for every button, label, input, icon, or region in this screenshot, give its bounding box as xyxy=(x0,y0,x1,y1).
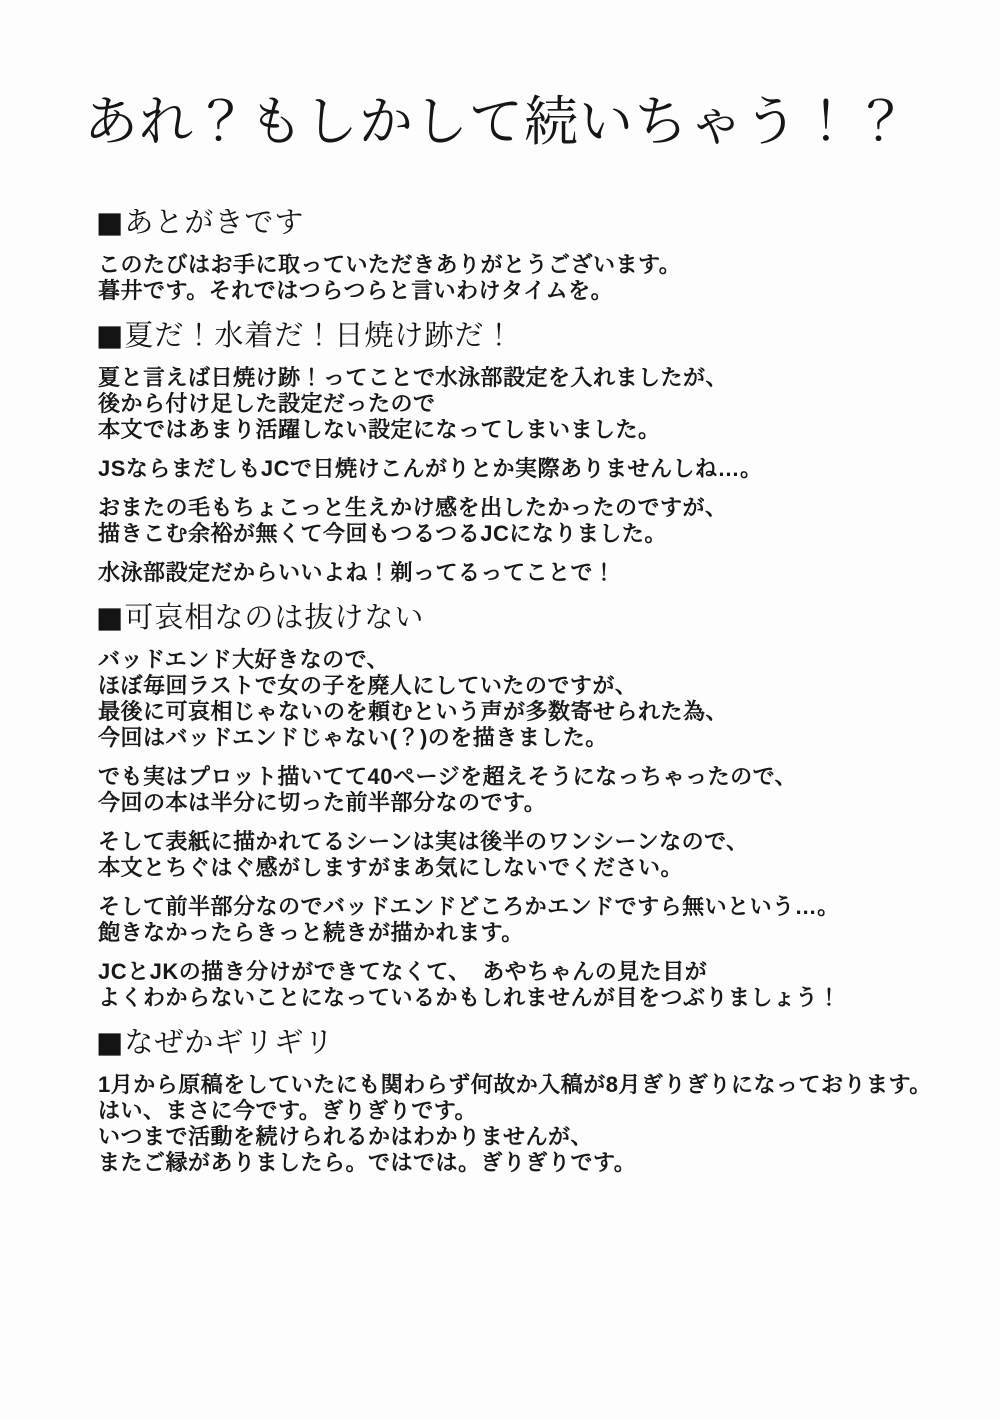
afterword-page: あれ？もしかして続いちゃう！？ ■あとがきです このたびはお手に取っていただきあ… xyxy=(0,0,1000,1418)
section-afterword-intro: ■あとがきです このたびはお手に取っていただきありがとうございます。 暮井です。… xyxy=(96,204,940,304)
paragraph-bad-end-love: バッドエンド大好きなので、 ほぼ毎回ラストで女の子を廃人にしていたのですが、 最… xyxy=(98,647,940,751)
paragraph-jc-jk-drawing: JCとJKの描き分けができてなくて、 あやちゃんの見た目が よくわからないことに… xyxy=(98,959,940,1011)
paragraph-plot-over-40-pages: でも実はプロット描いてて40ページを超えそうになっちゃったので、 今回の本は半分… xyxy=(98,764,940,816)
paragraph-swim-club-setting: 夏と言えば日焼け跡！ってことで水泳部設定を入れましたが、 後から付け足した設定だ… xyxy=(98,365,940,443)
paragraph-hair-detail: おまたの毛もちょこっと生えかけ感を出したかったのですが、 描きこむ余裕が無くて今… xyxy=(98,495,940,547)
paragraph-no-end-yet: そして前半部分なのでバッドエンドどころかエンドですら無いという…。 飽きなかった… xyxy=(98,894,940,946)
section-heading-summer: ■夏だ！水着だ！日焼け跡だ！ xyxy=(96,317,940,353)
section-pitiful-not-fappable: ■可哀相なのは抜けない バッドエンド大好きなので、 ほぼ毎回ラストで女の子を廃人… xyxy=(96,599,940,1011)
section-heading-deadline: ■なぜかギリギリ xyxy=(96,1024,940,1060)
section-deadline: ■なぜかギリギリ 1月から原稿をしていたにも関わらず何故か入稿が8月ぎりぎりにな… xyxy=(96,1024,940,1176)
paragraph-cover-scene-mismatch: そして表紙に描かれてるシーンは実は後半のワンシーンなので、 本文とちぐはぐ感がし… xyxy=(98,829,940,881)
paragraph-greeting: このたびはお手に取っていただきありがとうございます。 暮井です。それではつらつら… xyxy=(98,252,940,304)
paragraph-js-jc-tan: JSならまだしもJCで日焼けこんがりとか実際ありませんしね…。 xyxy=(98,456,940,482)
section-heading-pitiful: ■可哀相なのは抜けない xyxy=(96,599,940,635)
section-heading-afterword: ■あとがきです xyxy=(96,204,940,240)
page-title: あれ？もしかして続いちゃう！？ xyxy=(84,88,940,156)
paragraph-swim-club-excuse: 水泳部設定だからいいよね！剃ってるってことで！ xyxy=(98,560,940,586)
section-summer-swimsuit-tanlines: ■夏だ！水着だ！日焼け跡だ！ 夏と言えば日焼け跡！ってことで水泳部設定を入れまし… xyxy=(96,317,940,586)
paragraph-deadline-girigiri: 1月から原稿をしていたにも関わらず何故か入稿が8月ぎりぎりになっております。 は… xyxy=(98,1072,940,1176)
